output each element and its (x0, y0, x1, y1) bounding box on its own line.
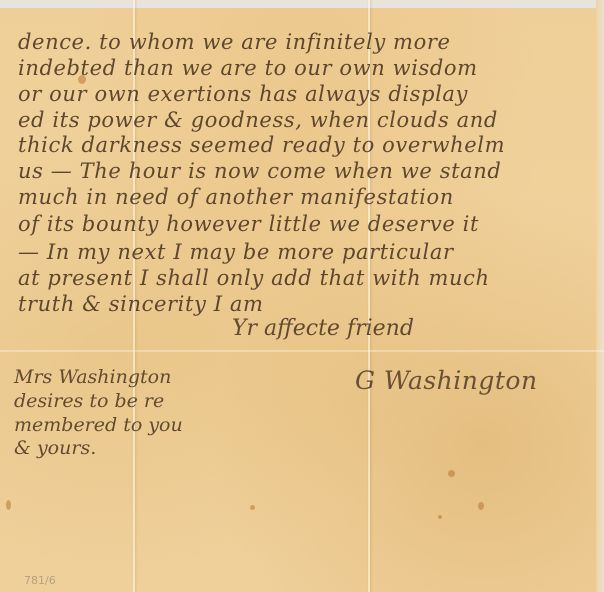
letter-body-line: ed its power & goodness, when clouds and (18, 108, 498, 132)
archive-number: 781/6 (24, 574, 56, 587)
letter-signature: G Washington (355, 366, 538, 395)
postscript-line: Mrs Washington (14, 366, 171, 388)
letter-body-line: much in need of another manifestation (18, 185, 454, 209)
letter-body-line: truth & sincerity I am (18, 292, 264, 316)
letter-closing: Yr affecte friend (232, 316, 414, 341)
letter-body-line: thick darkness seemed ready to overwhelm (18, 133, 505, 157)
ink-stain (6, 500, 11, 510)
scan-border-top (0, 0, 604, 8)
ink-stain (448, 470, 455, 477)
postscript-line: desires to be re (14, 390, 164, 412)
postscript-line: & yours. (14, 437, 96, 459)
letter-body-line: us — The hour is now come when we stand (18, 159, 501, 183)
letter-body-line: of its bounty however little we deserve … (18, 212, 479, 236)
postscript-line: membered to you (14, 414, 183, 436)
letter-body-line: dence. to whom we are infinitely more (18, 30, 450, 54)
ink-stain (438, 515, 442, 519)
letter-body-line: or our own exertions has always display (18, 82, 468, 106)
letter-body-line: — In my next I may be more particular (18, 240, 454, 264)
ink-stain (250, 505, 255, 510)
scan-border-right (596, 0, 604, 592)
fold-crease-horizontal (0, 350, 604, 352)
ink-stain (478, 502, 484, 510)
letter-body-line: indebted than we are to our own wisdom (18, 56, 478, 80)
letter-body-line: at present I shall only add that with mu… (18, 266, 490, 290)
letter-page: dence. to whom we are infinitely more in… (0, 0, 604, 592)
